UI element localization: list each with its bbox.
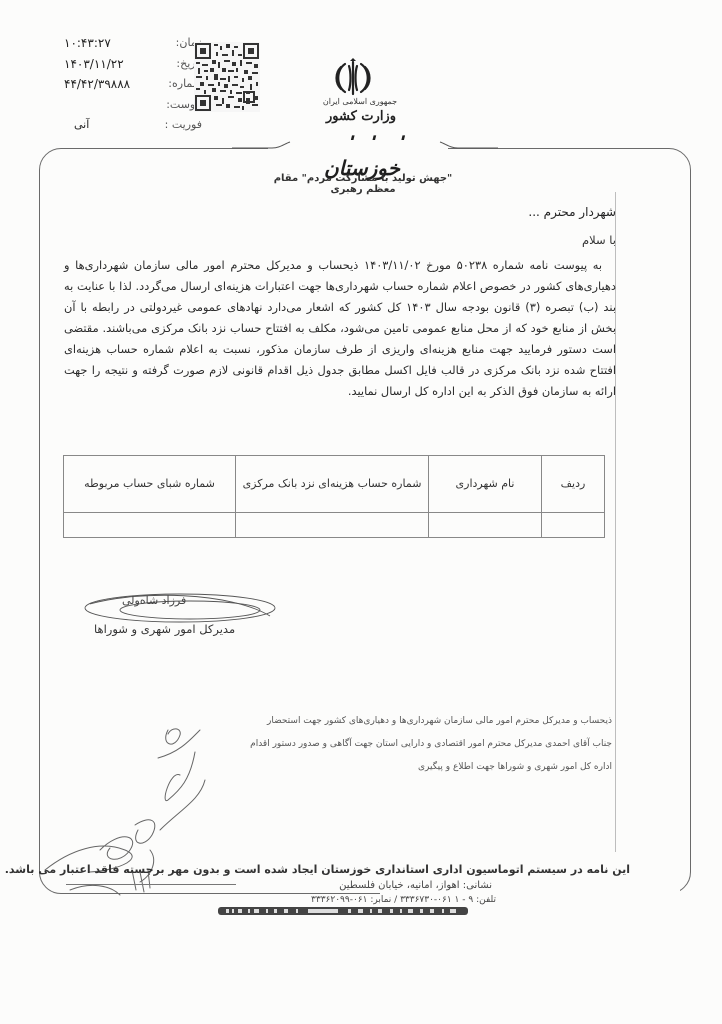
cell-central-bank-account[interactable] (236, 513, 429, 538)
letter-page: زمان: ۱۰:۴۳:۲۷ تاریخ: ۱۴۰۳/۱۱/۲۲ شماره: … (0, 0, 722, 1024)
qr-code-icon (194, 42, 260, 112)
letter-body: شهردار محترم ... با سلام به پیوست نامه ش… (64, 205, 616, 402)
meta-priority-value: آنی (74, 115, 89, 135)
cc-item: جناب آقای احمدی مدیرکل محترم امور اقتصاد… (250, 733, 612, 756)
signatory-title: مدیرکل امور شهری و شوراها (94, 622, 235, 636)
col-central-bank-account: شماره حساب هزینه‌ای نزد بانک مرکزی (236, 456, 429, 513)
salutation: شهردار محترم ... (64, 205, 616, 219)
cell-row-number[interactable] (542, 513, 605, 538)
col-row-number: ردیف (542, 456, 605, 513)
cc-item: ذیحساب و مدیرکل محترم امور مالی سازمان ش… (250, 710, 612, 733)
footer-rule (66, 884, 236, 885)
frame-flourish-right-icon (438, 140, 498, 154)
letter-meta: زمان: ۱۰:۴۳:۲۷ تاریخ: ۱۴۰۳/۱۱/۲۲ شماره: … (52, 33, 202, 136)
cc-list: ذیحساب و مدیرکل محترم امور مالی سازمان ش… (250, 710, 612, 779)
greeting: با سلام (64, 233, 616, 247)
authenticity-notice: این نامه در سیستم اتوماسیون اداری استاند… (110, 863, 630, 876)
account-table: ردیف نام شهرداری شماره حساب هزینه‌ای نزد… (63, 455, 605, 538)
meta-time-value: ۱۰:۴۳:۲۷ (64, 33, 111, 53)
meta-time: زمان: ۱۰:۴۳:۲۷ (52, 33, 202, 54)
cell-sheba-number[interactable] (64, 513, 236, 538)
table-header-row: ردیف نام شهرداری شماره حساب هزینه‌ای نزد… (64, 456, 605, 513)
cell-municipality-name[interactable] (429, 513, 542, 538)
office-address: نشانی: اهواز، امانیه، خیابان فلسطین (284, 880, 492, 891)
iran-emblem-icon (332, 58, 374, 98)
signatory-name: فرزاد شاه‌ولی (122, 594, 186, 607)
frame-flourish-left-icon (232, 140, 292, 154)
cc-item: اداره کل امور شهری و شوراها جهت اطلاع و … (250, 756, 612, 779)
meta-date-value: ۱۴۰۳/۱۱/۲۲ (64, 54, 124, 74)
table-row (64, 513, 605, 538)
col-sheba-number: شماره شبای حساب مربوطه (64, 456, 236, 513)
col-municipality-name: نام شهرداری (429, 456, 542, 513)
republic-title: جمهوری اسلامی ایران (320, 97, 400, 106)
meta-priority-label: فوریت : (165, 115, 202, 135)
meta-attachment: پیوست: (52, 95, 202, 116)
barcode-strip-icon (218, 907, 468, 915)
frame-gap-top (268, 140, 448, 158)
office-phone: تلفن: ۹ - ۱ ۰۶۱-۳۳۳۶۷۳۰ / نمابر: ۰۶۱-۳۳۳… (216, 895, 496, 905)
letter-paragraph: به پیوست نامه شماره ۵۰۲۳۸ مورخ ۱۴۰۳/۱۱/۰… (64, 255, 616, 402)
meta-number: شماره: ۴۴/۴۲/۳۹۸۸۸ (52, 74, 202, 95)
meta-priority: فوریت : آنی (52, 115, 202, 136)
meta-number-value: ۴۴/۴۲/۳۹۸۸۸ (64, 74, 130, 94)
ministry-title: وزارت کشور (296, 109, 426, 124)
meta-date: تاریخ: ۱۴۰۳/۱۱/۲۲ (52, 54, 202, 75)
